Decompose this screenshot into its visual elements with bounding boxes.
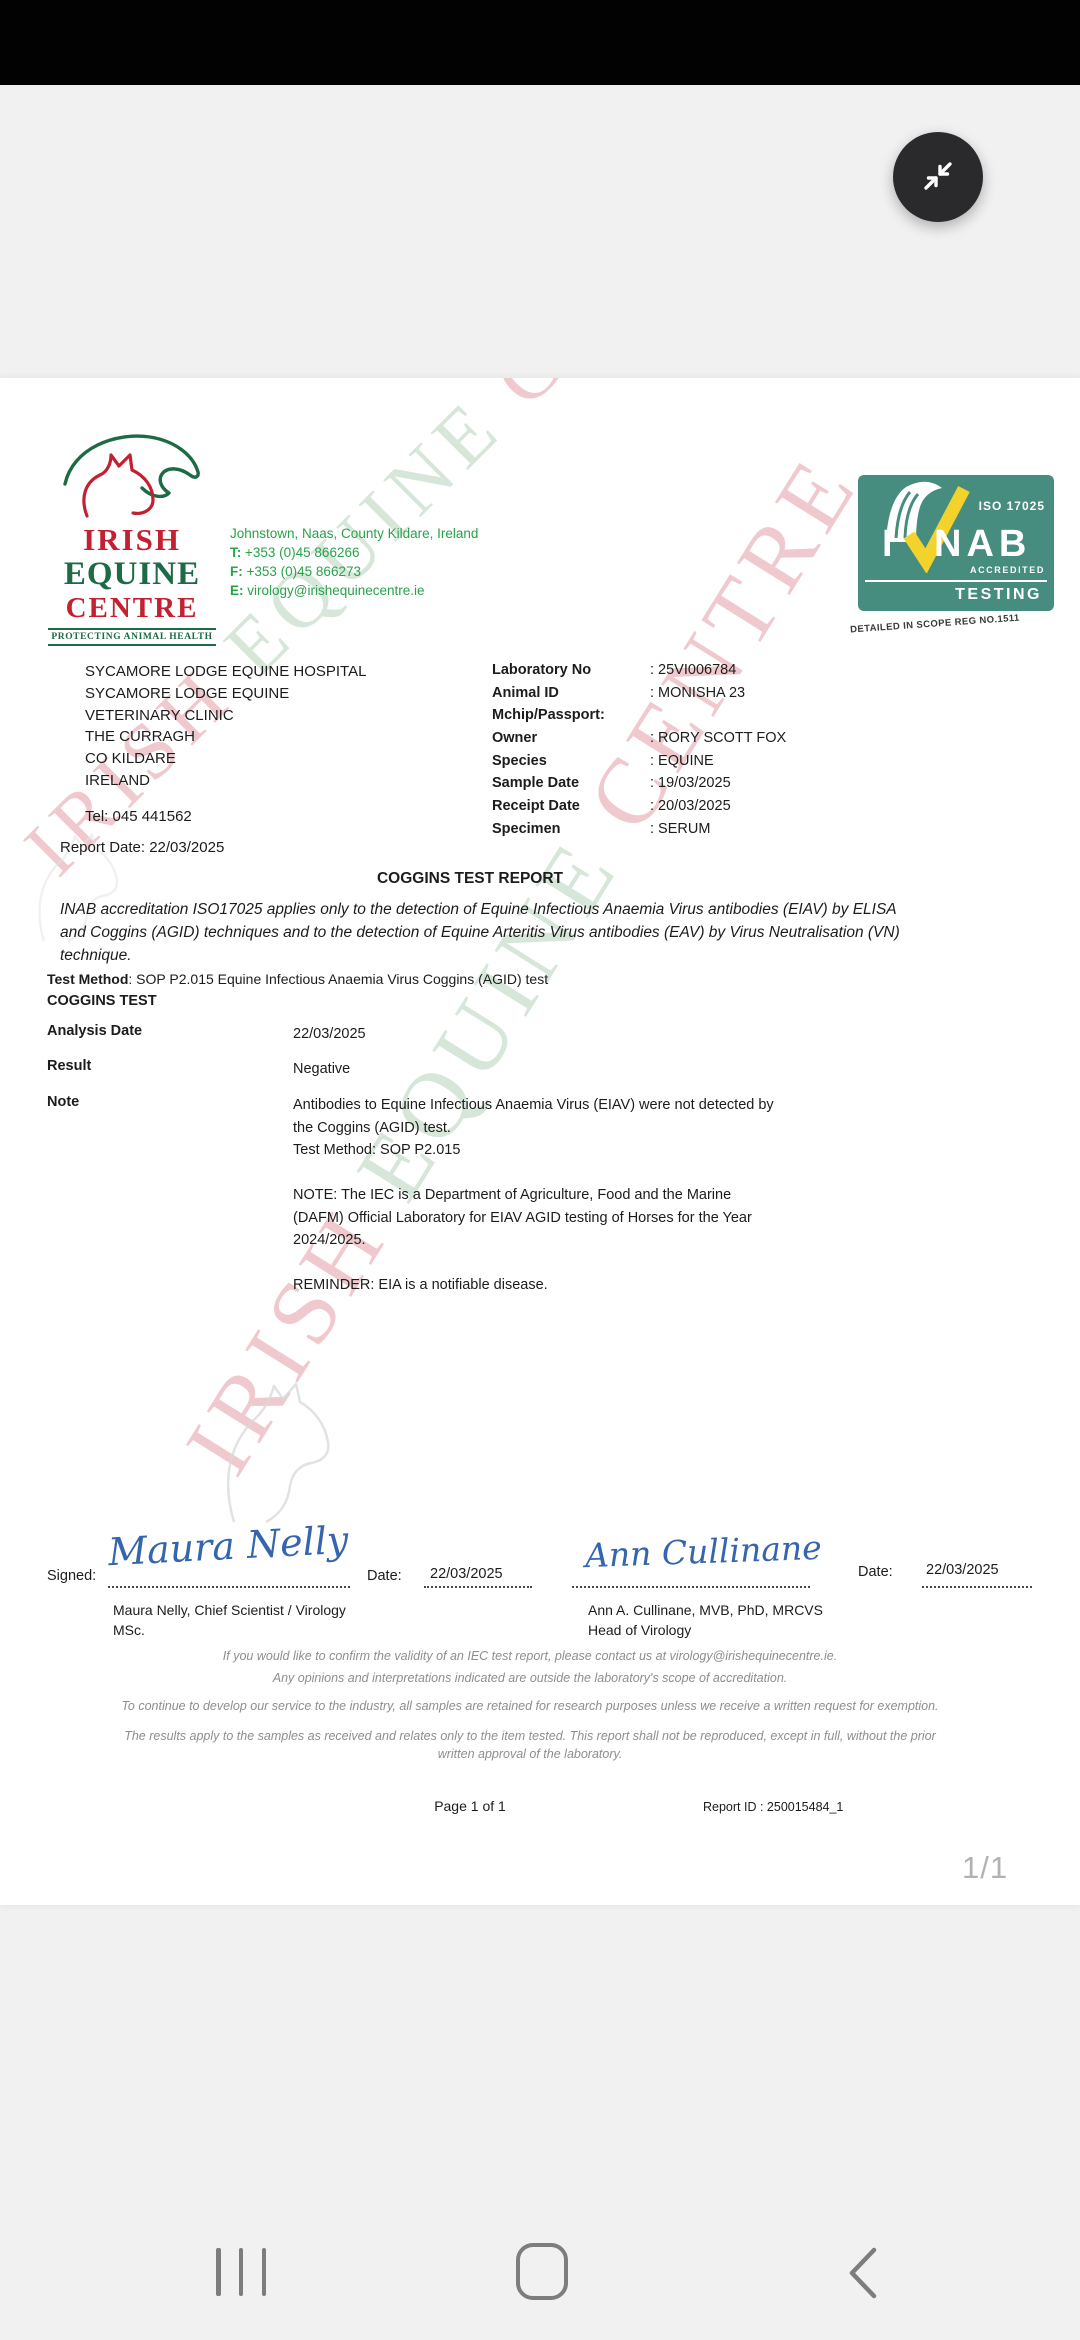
- logo-word-irish: IRISH: [50, 522, 214, 558]
- contact-address: Johnstown, Naas, County Kildare, Ireland: [230, 524, 478, 543]
- home-button[interactable]: [516, 2243, 568, 2300]
- recents-icon: [216, 2248, 221, 2296]
- detail-value: : 20/03/2025: [650, 798, 731, 814]
- detail-row: Receipt Date: 20/03/2025: [492, 798, 786, 821]
- recents-button[interactable]: [210, 2247, 272, 2297]
- signatory-name-left: Maura Nelly, Chief Scientist / Virology …: [113, 1600, 346, 1640]
- detail-value: : SERUM: [650, 821, 710, 837]
- detail-value: : 25VI006784: [650, 662, 736, 678]
- navigation-bar: [0, 2235, 1080, 2315]
- date-line: [922, 1586, 1032, 1588]
- date-label: Date:: [858, 1564, 893, 1580]
- date-line: [424, 1586, 532, 1588]
- inab-letters-nab: NAB: [934, 523, 1031, 566]
- inab-letter-i: I: [882, 523, 893, 566]
- back-icon: [844, 2246, 884, 2300]
- recipient-address: SYCAMORE LODGE EQUINE HOSPITAL SYCAMORE …: [85, 661, 366, 792]
- accreditation-note: INAB accreditation ISO17025 applies only…: [60, 898, 1040, 967]
- result-value: Antibodies to Equine Infectious Anaemia …: [293, 1094, 913, 1297]
- signature-line: [108, 1586, 350, 1588]
- signature-line: [572, 1586, 810, 1588]
- detail-value: : RORY SCOTT FOX: [650, 730, 786, 746]
- detail-value: : MONISHA 23: [650, 685, 745, 701]
- result-value: Negative: [293, 1058, 913, 1081]
- date-value: 22/03/2025: [430, 1566, 503, 1582]
- result-label: Note: [47, 1094, 79, 1110]
- back-button[interactable]: [838, 2245, 882, 2299]
- date-value: 22/03/2025: [926, 1562, 999, 1578]
- footer-note: Any opinions and interpretations indicat…: [0, 1671, 1060, 1685]
- contact-fax: F: +353 (0)45 866273: [230, 562, 478, 581]
- logo-word-centre: CENTRE: [50, 592, 214, 625]
- inab-accreditation-badge: ISO 17025 I NAB ACCREDITED TESTING DETAI…: [858, 475, 1054, 645]
- result-label: Result: [47, 1058, 91, 1074]
- collapse-button[interactable]: [893, 132, 983, 222]
- detail-label: Mchip/Passport:: [492, 707, 650, 723]
- status-bar: [0, 0, 1080, 85]
- section-title: COGGINS TEST: [47, 993, 157, 1009]
- detail-row: Species: EQUINE: [492, 753, 786, 776]
- footer-note: written approval of the laboratory.: [0, 1747, 1060, 1761]
- result-label: Analysis Date: [47, 1023, 142, 1039]
- signature-script-right: Ann Cullinane: [584, 1528, 822, 1575]
- footer-note: The results apply to the samples as rece…: [0, 1729, 1060, 1743]
- inab-scope-label: DETAILED IN SCOPE REG NO.1511: [850, 610, 1064, 636]
- detail-row: Mchip/Passport:: [492, 707, 786, 730]
- detail-row: Animal ID: MONISHA 23: [492, 685, 786, 708]
- horse-watermark-icon: [212, 1360, 362, 1528]
- inab-accredited-label: ACCREDITED: [970, 565, 1045, 575]
- logo-tagline: PROTECTING ANIMAL HEALTH: [48, 628, 216, 646]
- inab-iso-label: ISO 17025: [979, 499, 1045, 513]
- test-method-line: Test Method: SOP P2.015 Equine Infectiou…: [47, 971, 548, 987]
- logo-word-equine: EQUINE: [50, 556, 214, 593]
- footer-note: To continue to develop our service to th…: [0, 1699, 1060, 1713]
- page-indicator: 1/1: [962, 1850, 1008, 1886]
- contact-block: Johnstown, Naas, County Kildare, Ireland…: [230, 524, 478, 600]
- detail-row: Owner: RORY SCOTT FOX: [492, 730, 786, 753]
- detail-label: Owner: [492, 730, 650, 746]
- signatory-name-right: Ann A. Cullinane, MVB, PhD, MRCVS Head o…: [588, 1600, 823, 1640]
- signature-script-left: Maura Nelly: [107, 1518, 349, 1575]
- sample-details: Laboratory No: 25VI006784 Animal ID: MON…: [492, 662, 786, 844]
- detail-label: Specimen: [492, 821, 650, 837]
- detail-label: Animal ID: [492, 685, 650, 701]
- collapse-icon: [916, 154, 960, 201]
- footer-note: If you would like to confirm the validit…: [0, 1649, 1060, 1663]
- detail-value: : EQUINE: [650, 753, 714, 769]
- page-title: COGGINS TEST REPORT: [0, 870, 940, 888]
- detail-label: Species: [492, 753, 650, 769]
- recipient-tel: Tel: 045 441562: [85, 808, 192, 825]
- detail-value: : 19/03/2025: [650, 775, 731, 791]
- screen: { "viewer": { "page_indicator": "1/1", "…: [0, 0, 1080, 2340]
- detail-row: Sample Date: 19/03/2025: [492, 775, 786, 798]
- detail-row: Laboratory No: 25VI006784: [492, 662, 786, 685]
- contact-email: E: virology@irishequinecentre.ie: [230, 581, 478, 600]
- inab-divider: [865, 580, 1047, 582]
- report-id: Report ID : 250015484_1: [703, 1800, 843, 1814]
- detail-label: Receipt Date: [492, 798, 650, 814]
- result-value: 22/03/2025: [293, 1023, 913, 1046]
- contact-tel: T: +353 (0)45 866266: [230, 543, 478, 562]
- pdf-page[interactable]: IRISH EQUINE CENTRE IRISH EQUINE CENTRE …: [0, 378, 1080, 1905]
- date-label: Date:: [367, 1568, 402, 1584]
- detail-label: Sample Date: [492, 775, 650, 791]
- report-date: Report Date: 22/03/2025: [60, 839, 224, 856]
- horse-logo-icon: [53, 426, 211, 520]
- inab-testing-label: TESTING: [955, 586, 1042, 604]
- detail-row: Specimen: SERUM: [492, 821, 786, 844]
- detail-label: Laboratory No: [492, 662, 650, 678]
- signed-label: Signed:: [47, 1568, 96, 1584]
